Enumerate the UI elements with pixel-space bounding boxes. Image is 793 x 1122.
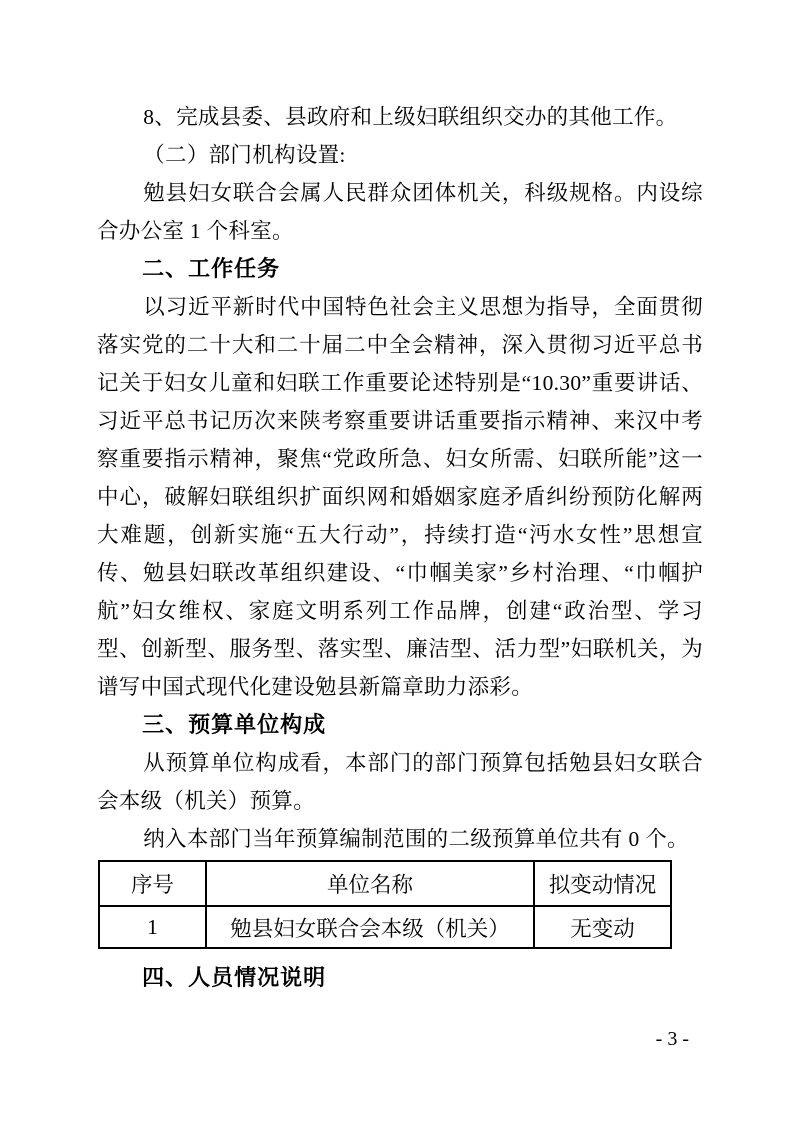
paragraph-org-setup-label: （二）部门机构设置: [97,136,703,174]
table-cell-serial: 1 [99,906,206,948]
table-header-row: 序号 单位名称 拟变动情况 [99,861,671,906]
table-row: 1 勉县妇女联合会本级（机关） 无变动 [99,906,671,948]
section-heading-budget-units: 三、预算单位构成 [97,706,703,744]
paragraph-item8: 8、完成县委、县政府和上级妇联组织交办的其他工作。 [97,98,703,136]
table-cell-unit-name: 勉县妇女联合会本级（机关） [206,906,534,948]
table-header-change-status: 拟变动情况 [534,861,671,906]
paragraph-secondary-units: 纳入本部门当年预算编制范围的二级预算单位共有 0 个。 [97,820,703,858]
page-number: - 3 - [656,1027,689,1051]
document-content: 8、完成县委、县政府和上级妇联组织交办的其他工作。 （二）部门机构设置: 勉县妇… [97,98,703,997]
budget-units-table: 序号 单位名称 拟变动情况 1 勉县妇女联合会本级（机关） 无变动 [98,860,672,949]
table-header-unit-name: 单位名称 [206,861,534,906]
table-cell-change-status: 无变动 [534,906,671,948]
paragraph-budget-units-body: 从预算单位构成看，本部门的部门预算包括勉县妇女联合会本级（机关）预算。 [97,744,703,820]
paragraph-work-tasks-body: 以习近平新时代中国特色社会主义思想为指导，全面贯彻落实党的二十大和二十届二中全会… [97,288,703,706]
section-heading-work-tasks: 二、工作任务 [97,250,703,288]
paragraph-org-setup-body: 勉县妇女联合会属人民群众团体机关，科级规格。内设综合办公室 1 个科室。 [97,174,703,250]
document-page: 8、完成县委、县政府和上级妇联组织交办的其他工作。 （二）部门机构设置: 勉县妇… [0,0,793,1122]
table-header-serial: 序号 [99,861,206,906]
section-heading-personnel: 四、人员情况说明 [97,959,703,997]
